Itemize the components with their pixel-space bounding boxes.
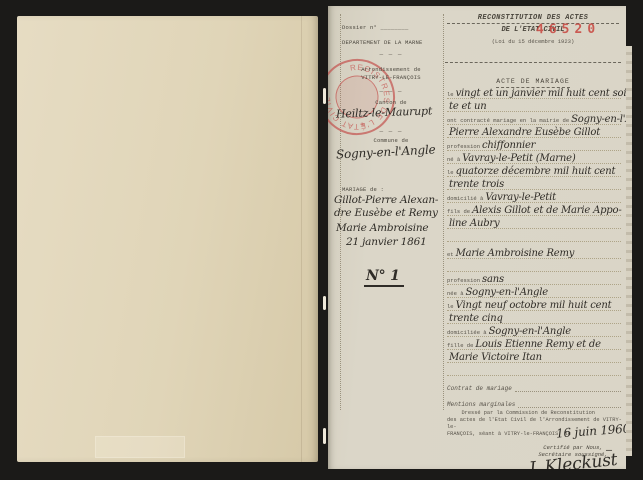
act-line: professionchiffonnier xyxy=(447,138,621,151)
act-line: professionsans xyxy=(447,272,621,285)
act-line: fille deLouis Etienne Remy et de xyxy=(447,337,621,350)
separator-dashes: — — — xyxy=(342,88,440,95)
margin-dash-mark: — xyxy=(606,446,612,457)
act-line: née àSogny-en-l'Angle xyxy=(447,285,621,298)
act-line: ont contracté mariage en la mairie deSog… xyxy=(447,112,621,125)
binding-stitch xyxy=(323,88,326,104)
mariage-de-label: MARIAGE de : xyxy=(342,186,440,193)
separator-dashes: — — — xyxy=(342,128,440,135)
header-dashed-rule xyxy=(445,62,621,63)
arrondissement-value: VITRY-LE-FRANÇOIS xyxy=(342,74,440,81)
spouses-names-line1: Gillot-Pierre Alexan- xyxy=(334,194,444,206)
left-page-blank xyxy=(17,16,318,462)
dotted-fill xyxy=(515,381,621,392)
page-fore-edge xyxy=(626,46,632,456)
canton-handwritten-value: Heiltz-le-Maurupt xyxy=(336,106,444,119)
act-line-blank xyxy=(447,363,621,376)
act-line: etMarie Ambroisine Remy xyxy=(447,246,621,259)
act-line: te et un xyxy=(447,99,621,112)
right-page-acte: REGISTRES DE L'ÉTAT CIVIL ★ Dossier n° _… xyxy=(328,6,626,469)
law-reference: (Loi du 15 décembre 1923) xyxy=(447,38,619,45)
act-line: trente trois xyxy=(447,177,621,190)
dotted-fill xyxy=(518,397,621,408)
commune-handwritten-value: Sogny-en-l'Angle xyxy=(336,145,444,159)
act-line: leVingt neuf octobre mil huit cent xyxy=(447,298,621,311)
binding-stitch xyxy=(323,296,326,310)
spouses-names-line3: Marie Ambroisine xyxy=(336,222,446,234)
act-line: line Aubry xyxy=(447,216,621,229)
act-line: Pierre Alexandre Eusèbe Gillot xyxy=(447,125,621,138)
act-line: domicilié àVavray-le-Petit xyxy=(447,190,621,203)
act-line-blank xyxy=(447,259,621,272)
spouses-names-line2: dre Eusèbe et Remy xyxy=(334,207,444,219)
act-line: lequatorze décembre mil huit cent xyxy=(447,164,621,177)
act-line: Marie Victoire Itan xyxy=(447,350,621,363)
act-body: levingt et un janvier mil huit cent soix… xyxy=(447,86,621,408)
act-number: N° 1 xyxy=(364,268,424,284)
separator-dashes: — — — xyxy=(342,51,440,58)
scanned-register-spread: REGISTRES DE L'ÉTAT CIVIL ★ Dossier n° _… xyxy=(0,0,643,480)
binding-stitch xyxy=(323,428,326,444)
registration-number-stamp: 46520 xyxy=(536,22,600,38)
page-crease xyxy=(301,16,302,462)
contrat-de-mariage-field: Contrat de mariage xyxy=(447,378,621,392)
faint-label-patch xyxy=(95,436,185,458)
departement-label: DEPARTEMENT DE LA MARNE xyxy=(342,39,440,46)
dossier-number-label: Dossier n° ________ xyxy=(342,24,440,31)
act-line: levingt et un janvier mil huit cent soix… xyxy=(447,86,621,99)
act-line-blank xyxy=(447,229,621,242)
act-line: trente cinq xyxy=(447,311,621,324)
act-line: fils deAlexis Gillot et de Marie Appo- xyxy=(447,203,621,216)
act-line: domiciliée àSogny-en-l'Angle xyxy=(447,324,621,337)
mentions-marginales-field: Mentions marginales xyxy=(447,394,621,408)
marriage-date-handwritten: 21 janvier 1861 xyxy=(346,236,446,248)
attestation-line1: Dressé par la Commission de Reconstituti… xyxy=(447,410,623,417)
act-line: né àVavray-le-Petit (Marne) xyxy=(447,151,621,164)
arrondissement-label: Arrondissement de xyxy=(342,66,440,73)
